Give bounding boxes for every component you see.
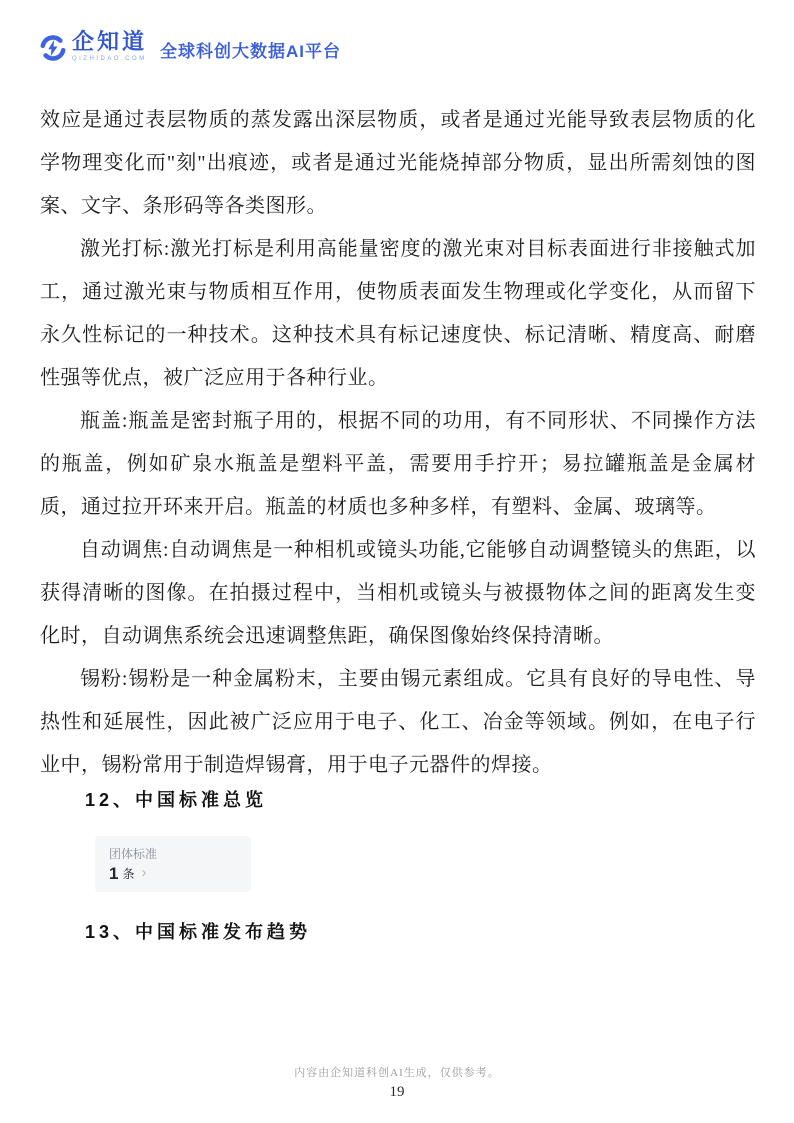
standards-count-unit: 条 <box>122 868 134 880</box>
section-heading-china-standards-trend: 13、中国标准发布趋势 <box>85 918 311 944</box>
body-paragraph: 锡粉:锡粉是一种金属粉末，主要由锡元素组成。它具有良好的导电性、导热性和延展性，… <box>40 658 756 787</box>
brand-tagline: 全球科创大数据AI平台 <box>160 37 341 62</box>
body-paragraph: 效应是通过表层物质的蒸发露出深层物质，或者是通过光能导致表层物质的化学物理变化而… <box>40 99 756 228</box>
page-header: 企知道 QIZHIDAO.COM 全球科创大数据AI平台 <box>40 30 341 62</box>
page-number: 19 <box>0 1084 794 1101</box>
qizhidao-logo-icon <box>40 34 66 62</box>
standards-count: 1 <box>109 865 118 882</box>
brand-domain: QIZHIDAO.COM <box>72 56 147 62</box>
brand-name: 企知道 <box>72 30 147 54</box>
body-paragraph: 自动调焦:自动调焦是一种相机或镜头功能,它能够自动调整镜头的焦距，以获得清晰的图… <box>40 529 756 658</box>
body-paragraph: 激光打标:激光打标是利用高能量密度的激光束对目标表面进行非接触式加工，通过激光束… <box>40 228 756 400</box>
ai-disclaimer-text: 内容由企知道科创AI生成，仅供参考。 <box>0 1064 794 1080</box>
standards-card-label: 团体标准 <box>109 845 237 862</box>
section-heading-china-standards-overview: 12、中国标准总览 <box>85 786 267 812</box>
brand-text-block: 企知道 QIZHIDAO.COM <box>72 30 147 62</box>
standards-card-group-standard[interactable]: 团体标准 1 条 › <box>95 836 251 892</box>
standards-card-value: 1 条 › <box>109 865 237 882</box>
page-footer: 内容由企知道科创AI生成，仅供参考。 19 <box>0 1064 794 1101</box>
article-body: 效应是通过表层物质的蒸发露出深层物质，或者是通过光能导致表层物质的化学物理变化而… <box>40 99 756 789</box>
body-paragraph: 瓶盖:瓶盖是密封瓶子用的，根据不同的功用，有不同形状、不同操作方法的瓶盖，例如矿… <box>40 400 756 529</box>
document-page: 企知道 QIZHIDAO.COM 全球科创大数据AI平台 效应是通过表层物质的蒸… <box>0 0 794 1123</box>
chevron-right-icon: › <box>141 865 146 880</box>
